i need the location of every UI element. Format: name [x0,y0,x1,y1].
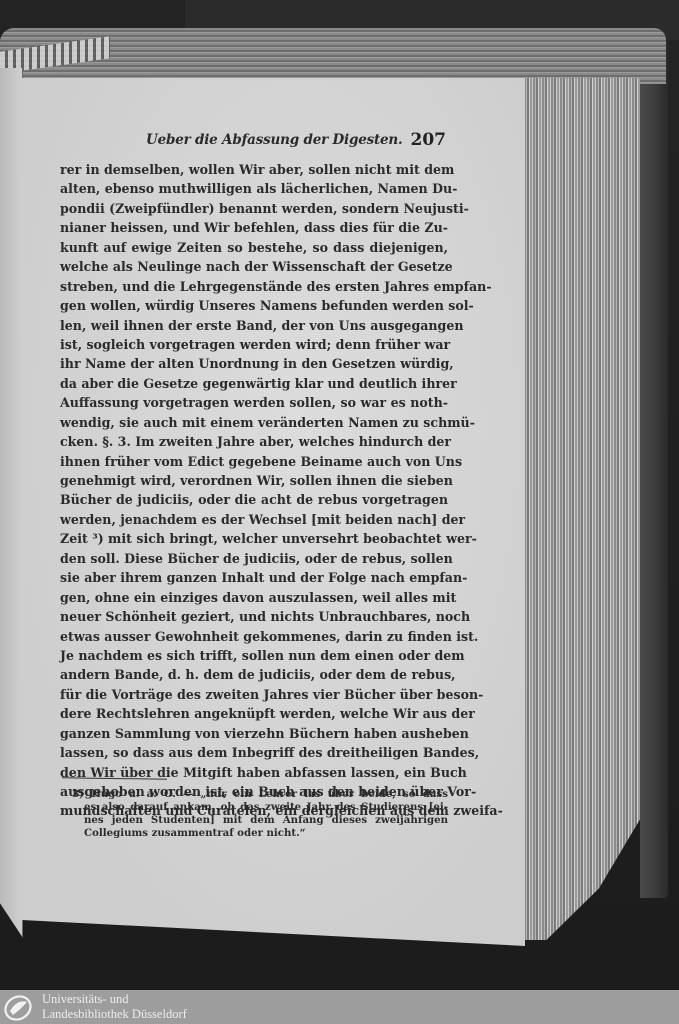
text-line: alten, ebenso muthwilligen als lächerlic… [60,179,448,198]
text-line: kunft auf ewige Zeiten so bestehe, so da… [60,238,448,257]
text-line: den Wir über die Mitgift haben abfassen … [60,763,448,782]
text-line: neuer Schönheit geziert, und nichts Unbr… [60,607,448,626]
text-line: streben, und die Lehrgegenstände des ers… [60,277,448,296]
scan-scene: Ueber die Abfassung der Digesten. 207 re… [0,0,679,990]
text-line: ihr Name der alten Unordnung in den Gese… [60,354,448,373]
text-line: len, weil ihnen der erste Band, der von … [60,316,448,335]
library-name-line2: Landesbibliothek Düsseldorf [42,1007,187,1022]
text-line: lassen, so dass aus dem Inbegriff des dr… [60,743,448,762]
text-line: da aber die Gesetze gegenwärtig klar und… [60,374,448,393]
text-line: sie aber ihrem ganzen Inhalt und der Fol… [60,568,448,587]
text-line: cken. §. 3. Im zweiten Jahre aber, welch… [60,432,448,451]
running-head: Ueber die Abfassung der Digesten. 207 [146,130,446,152]
book-cover-edge [640,38,668,898]
text-line: etwas ausser Gewohnheit gekommenes, dari… [60,627,448,646]
text-line: Bücher de judiciis, oder die acht de reb… [60,490,448,509]
text-line: andern Bande, d. h. dem de judiciis, ode… [60,665,448,684]
text-line: pondii (Zweipfündler) benannt werden, so… [60,199,448,218]
text-line: nianer heissen, und Wir befehlen, dass d… [60,218,448,237]
footnote-line: 3) Hugo a. a. O. — „nur ein Lehrer las ü… [72,788,448,801]
ulb-logo-icon[interactable] [3,993,35,1021]
text-line: Je nachdem es sich trifft, sollen nun de… [60,646,448,665]
body-text: rer in demselben, wollen Wir aber, solle… [60,160,448,821]
text-line: ihnen früher vom Edict gegebene Beiname … [60,452,448,471]
footnote-line: es also darauf ankam, ob das zweite Jahr… [72,801,448,814]
book-fore-edge [523,78,640,940]
text-line: genehmigt wird, verordnen Wir, sollen ih… [60,471,448,490]
text-line: gen, ohne ein einziges davon auszulassen… [60,588,448,607]
library-name[interactable]: Universitäts- und Landesbibliothek Düsse… [42,992,187,1022]
text-line: rer in demselben, wollen Wir aber, solle… [60,160,448,179]
text-line: Zeit ³) mit sich bringt, welcher unverse… [60,529,448,548]
footnote-line: Collegiums zusammentraf oder nicht.“ [72,827,448,840]
page-number: 207 [411,130,447,150]
text-line: wendig, sie auch mit einem veränderten N… [60,413,448,432]
text-line: gen wollen, würdig Unseres Namens befund… [60,296,448,315]
text-line: werden, jenachdem es der Wechsel [mit be… [60,510,448,529]
text-line: für die Vorträge des zweiten Jahres vier… [60,685,448,704]
running-head-title: Ueber die Abfassung der Digesten. [146,132,403,148]
text-line: dere Rechtslehren angeknüpft werden, wel… [60,704,448,723]
library-footer: Universitäts- und Landesbibliothek Düsse… [0,990,679,1024]
footnote: 3) Hugo a. a. O. — „nur ein Lehrer las ü… [72,788,448,840]
library-name-line1: Universitäts- und [42,992,187,1007]
text-line: ist, sogleich vorgetragen werden wird; d… [60,335,448,354]
text-line: ganzen Sammlung von vierzehn Büchern hab… [60,724,448,743]
text-line: den soll. Diese Bücher de judiciis, oder… [60,549,448,568]
text-line: Auffassung vorgetragen werden sollen, so… [60,393,448,412]
facing-page-edge [0,68,23,938]
text-line: welche als Neulinge nach der Wissenschaf… [60,257,448,276]
footnote-line: nes jeden Studenten] mit dem Anfang dies… [72,814,448,827]
